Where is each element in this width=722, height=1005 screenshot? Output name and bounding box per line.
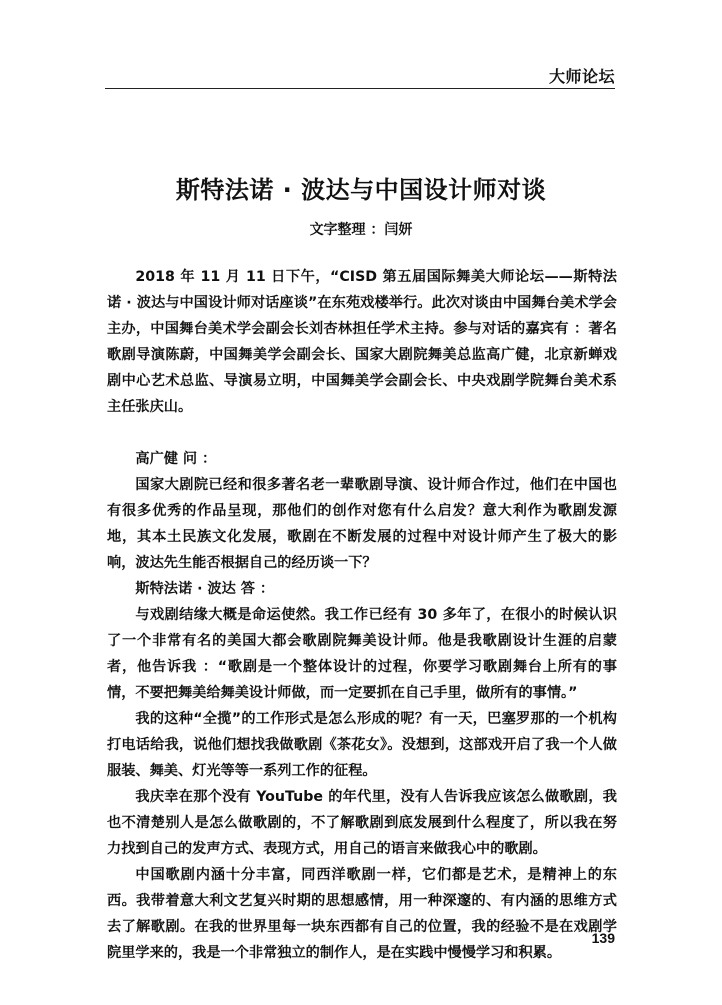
running-head: 大师论坛 — [549, 64, 615, 87]
header-rule — [105, 88, 615, 89]
answer-paragraph: 中国歌剧内涵十分丰富，同西洋歌剧一样，它们都是艺术，是精神上的东西。我带着意大利… — [107, 862, 617, 966]
article-body: 2018 年 11 月 11 日下午，“CISD 第五届国际舞美大师论坛——斯特… — [107, 264, 617, 966]
page-number: 139 — [592, 930, 615, 946]
intro-paragraph: 2018 年 11 月 11 日下午，“CISD 第五届国际舞美大师论坛——斯特… — [107, 264, 617, 420]
question-paragraph: 国家大剧院已经和很多著名老一辈歌剧导演、设计师合作过，他们在中国也有很多优秀的作… — [107, 472, 617, 576]
byline: 文字整理 ：闫妍 — [0, 219, 722, 239]
answer-paragraph: 我的这种“全揽”的工作形式是怎么形成的呢？有一天，巴塞罗那的一个机构打电话给我，… — [107, 706, 617, 784]
speaker-answer-label: 斯特法诺 · 波达 答 ： — [107, 576, 617, 602]
speaker-question-label: 高广健 问 ： — [107, 446, 617, 472]
answer-paragraph: 我庆幸在那个没有 YouTube 的年代里，没有人告诉我应该怎么做歌剧，我也不清… — [107, 784, 617, 862]
section-gap — [107, 420, 617, 446]
article-title: 斯特法诺 · 波达与中国设计师对谈 — [0, 170, 722, 205]
answer-paragraph: 与戏剧结缘大概是命运使然。我工作已经有 30 多年了，在很小的时候认识了一个非常… — [107, 602, 617, 706]
journal-page: 大师论坛 斯特法诺 · 波达与中国设计师对谈 文字整理 ：闫妍 2018 年 1… — [0, 0, 722, 1005]
